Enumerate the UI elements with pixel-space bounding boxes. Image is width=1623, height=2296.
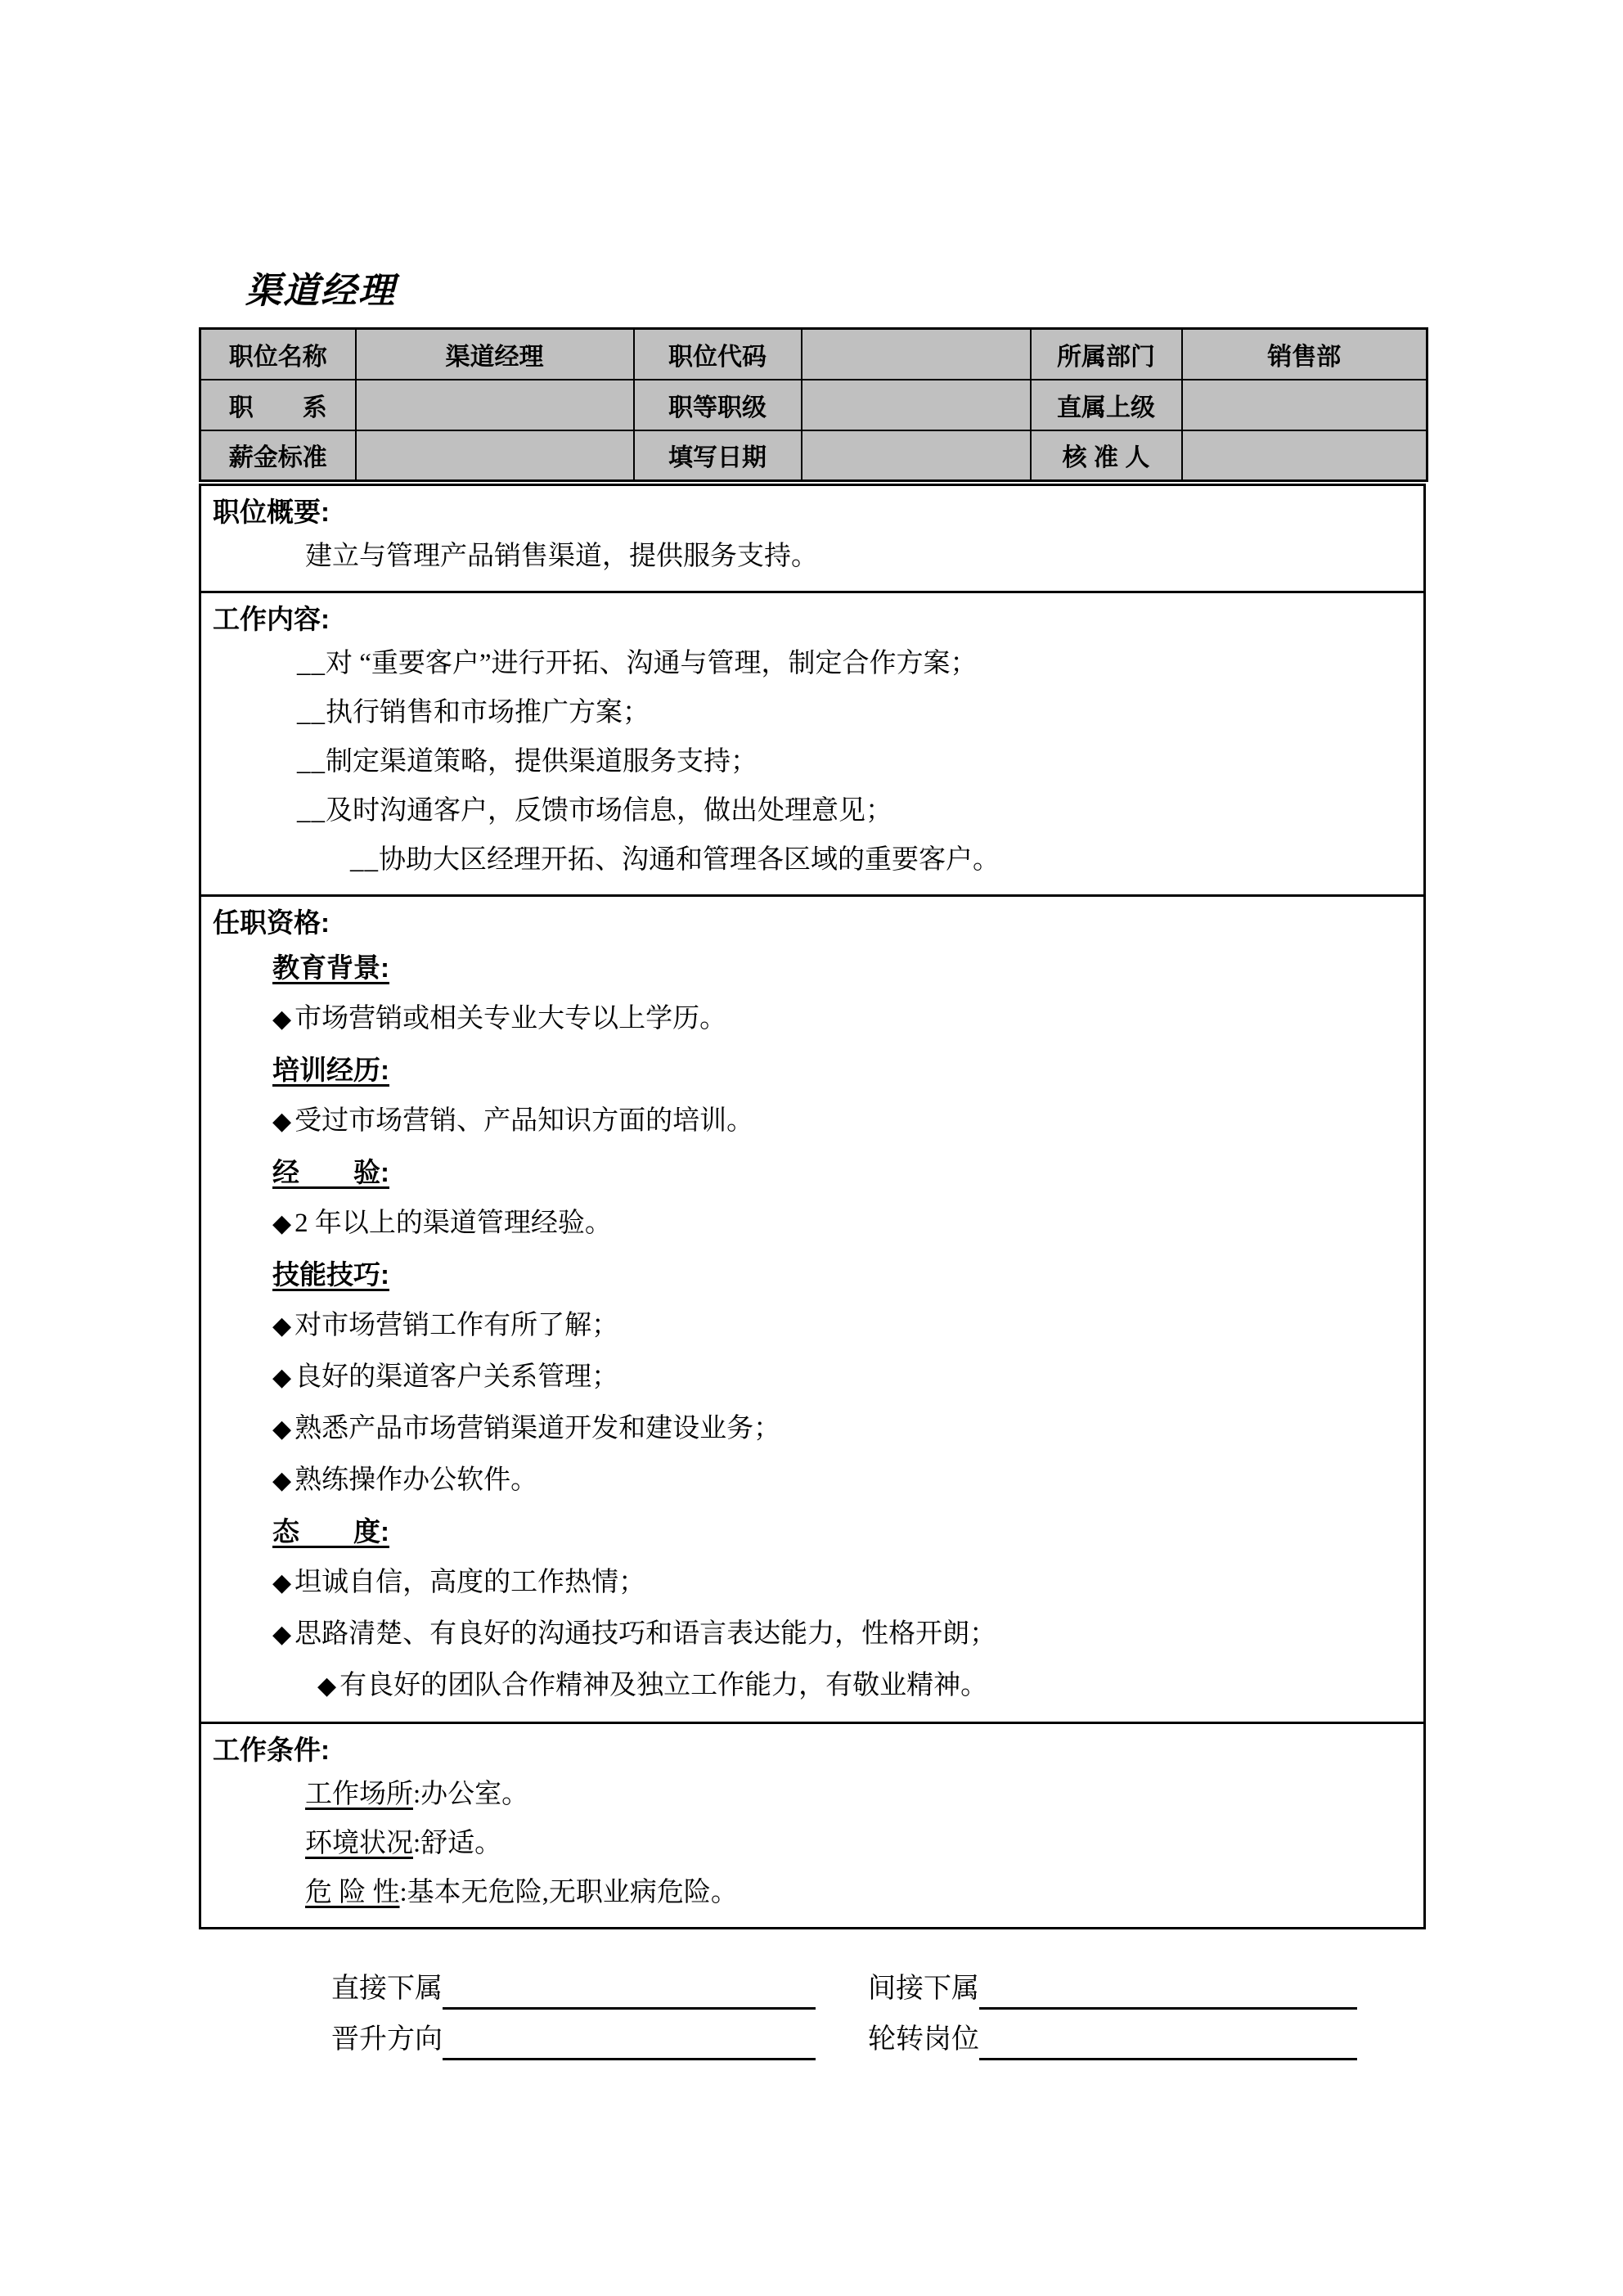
label-department: 所属部门 bbox=[1031, 329, 1182, 380]
qual-text: 思路清楚、有良好的沟通技巧和语言表达能力，性格开朗； bbox=[294, 1619, 996, 1649]
qual-item: ◆市场营销或相关专业大专以上学历。 bbox=[201, 993, 1423, 1045]
table-row: 职位名称 渠道经理 职位代码 所属部门 销售部 bbox=[200, 329, 1427, 380]
field-label: 直接下属 bbox=[331, 1969, 443, 2010]
main-box: 职位概要: 建立与管理产品销售渠道，提供服务支持。 工作内容: __对 “重要客… bbox=[199, 484, 1426, 1929]
qual-item: ◆思路清楚、有良好的沟通技巧和语言表达能力，性格开朗； bbox=[201, 1609, 1423, 1660]
duty-text: 协助大区经理开拓、沟通和管理各区域的重要客户。 bbox=[379, 845, 1000, 875]
qual-item: ◆有良好的团队合作精神及独立工作能力，有敬业精神。 bbox=[201, 1660, 1423, 1712]
condition-label: 环境状况 bbox=[305, 1829, 413, 1858]
diamond-bullet-icon: ◆ bbox=[272, 1404, 291, 1455]
label-approver: 核 准 人 bbox=[1031, 430, 1182, 481]
qual-text: 市场营销或相关专业大专以上学历。 bbox=[294, 1004, 726, 1033]
condition-text: 舒适。 bbox=[420, 1829, 501, 1858]
section-title: 任职资格: bbox=[201, 903, 1423, 943]
qual-item: ◆2 年以上的渠道管理经验。 bbox=[201, 1198, 1423, 1249]
value-job-family bbox=[356, 380, 634, 430]
section-title: 职位概要: bbox=[201, 493, 1423, 532]
qual-item: ◆受过市场营销、产品知识方面的培训。 bbox=[201, 1096, 1423, 1147]
section-summary: 职位概要: 建立与管理产品销售渠道，提供服务支持。 bbox=[201, 486, 1423, 593]
duty-text: 制定渠道策略，提供渠道服务支持； bbox=[326, 747, 758, 777]
value-job-grade bbox=[802, 380, 1031, 430]
condition-item: 危 险 性:基本无危险,无职业病危险。 bbox=[201, 1868, 1423, 1917]
section-title: 工作内容: bbox=[201, 600, 1423, 639]
duty-item: __及时沟通客户，反馈市场信息，做出处理意见； bbox=[201, 786, 1423, 835]
qual-text: 受过市场营销、产品知识方面的培训。 bbox=[294, 1106, 753, 1136]
table-row: 职 系 职等职级 直属上级 bbox=[200, 380, 1427, 430]
condition-label: 工作场所 bbox=[305, 1780, 413, 1809]
blank-prefix: __ bbox=[297, 747, 326, 777]
field-label: 轮转岗位 bbox=[868, 2019, 979, 2060]
blank-line bbox=[979, 2024, 1357, 2060]
table-row: 薪金标准 填写日期 核 准 人 bbox=[200, 430, 1427, 481]
condition-text: 办公室。 bbox=[420, 1780, 528, 1809]
value-approver bbox=[1182, 430, 1427, 481]
section-conditions: 工作条件: 工作场所:办公室。 环境状况:舒适。 危 险 性:基本无危险,无职业… bbox=[201, 1724, 1423, 1927]
diamond-bullet-icon: ◆ bbox=[272, 1199, 291, 1249]
value-fill-date bbox=[802, 430, 1031, 481]
blank-prefix: __ bbox=[297, 649, 326, 678]
condition-separator: : bbox=[413, 1829, 420, 1858]
field-promotion-direction: 晋升方向 bbox=[331, 2019, 868, 2060]
page-title: 渠道经理 bbox=[245, 270, 1426, 313]
condition-item: 环境状况:舒适。 bbox=[201, 1819, 1423, 1868]
label-job-code: 职位代码 bbox=[634, 329, 802, 380]
blank-line bbox=[443, 2024, 816, 2060]
duty-item: __对 “重要客户”进行开拓、沟通与管理，制定合作方案； bbox=[201, 639, 1423, 688]
qual-text: 熟悉产品市场营销渠道开发和建设业务； bbox=[294, 1414, 780, 1443]
diamond-bullet-icon: ◆ bbox=[272, 1301, 291, 1352]
duty-item: __制定渠道策略，提供渠道服务支持； bbox=[201, 737, 1423, 786]
qual-text: 有良好的团队合作精神及独立工作能力，有敬业精神。 bbox=[339, 1671, 987, 1700]
duty-text: 对 “重要客户”进行开拓、沟通与管理，制定合作方案； bbox=[326, 649, 978, 678]
label-job-grade: 职等职级 bbox=[634, 380, 802, 430]
condition-separator: : bbox=[400, 1878, 407, 1907]
document-page: 渠道经理 职位名称 渠道经理 职位代码 所属部门 销售部 职 系 职等职级 直属… bbox=[0, 0, 1623, 2296]
diamond-bullet-icon: ◆ bbox=[272, 1096, 291, 1147]
value-department: 销售部 bbox=[1182, 329, 1427, 380]
qual-heading-training: 培训经历: bbox=[201, 1045, 1423, 1096]
label-job-name: 职位名称 bbox=[200, 329, 356, 380]
field-label: 间接下属 bbox=[868, 1969, 979, 2010]
qual-heading-skills: 技能技巧: bbox=[201, 1249, 1423, 1300]
job-info-table: 职位名称 渠道经理 职位代码 所属部门 销售部 职 系 职等职级 直属上级 薪金… bbox=[199, 327, 1428, 482]
section-duties: 工作内容: __对 “重要客户”进行开拓、沟通与管理，制定合作方案； __执行销… bbox=[201, 593, 1423, 897]
qual-item: ◆对市场营销工作有所了解； bbox=[201, 1300, 1423, 1352]
value-job-code bbox=[802, 329, 1031, 380]
diamond-bullet-icon: ◆ bbox=[272, 1609, 291, 1660]
diamond-bullet-icon: ◆ bbox=[272, 1456, 291, 1506]
label-salary-standard: 薪金标准 bbox=[200, 430, 356, 481]
diamond-bullet-icon: ◆ bbox=[272, 1558, 291, 1609]
qual-item: ◆坦诚自信，高度的工作热情； bbox=[201, 1557, 1423, 1609]
blank-line bbox=[443, 1974, 816, 2010]
blank-line bbox=[979, 1974, 1357, 2010]
condition-item: 工作场所:办公室。 bbox=[201, 1770, 1423, 1819]
diamond-bullet-icon: ◆ bbox=[317, 1661, 336, 1712]
footer-row: 直接下属 间接下属 bbox=[331, 1959, 1426, 2010]
qual-text: 坦诚自信，高度的工作热情； bbox=[294, 1568, 645, 1597]
label-direct-superior: 直属上级 bbox=[1031, 380, 1182, 430]
blank-prefix: __ bbox=[297, 796, 326, 826]
duty-item: __执行销售和市场推广方案； bbox=[201, 688, 1423, 737]
qual-text: 良好的渠道客户关系管理； bbox=[294, 1362, 618, 1392]
duty-text: 执行销售和市场推广方案； bbox=[326, 698, 650, 727]
qual-item: ◆熟悉产品市场营销渠道开发和建设业务； bbox=[201, 1403, 1423, 1455]
field-rotation-position: 轮转岗位 bbox=[868, 2019, 1357, 2060]
duty-text: 及时沟通客户，反馈市场信息，做出处理意见； bbox=[326, 796, 892, 826]
footer-row: 晋升方向 轮转岗位 bbox=[331, 2010, 1426, 2060]
qual-text: 2 年以上的渠道管理经验。 bbox=[294, 1209, 612, 1238]
condition-label: 危 险 性 bbox=[305, 1878, 400, 1907]
label-job-family: 职 系 bbox=[200, 380, 356, 430]
qual-heading-attitude: 态 度: bbox=[201, 1506, 1423, 1557]
field-indirect-subordinates: 间接下属 bbox=[868, 1969, 1357, 2010]
diamond-bullet-icon: ◆ bbox=[272, 1353, 291, 1403]
value-salary-standard bbox=[356, 430, 634, 481]
condition-text: 基本无危险,无职业病危险。 bbox=[407, 1878, 738, 1907]
blank-prefix: __ bbox=[350, 845, 379, 875]
field-label: 晋升方向 bbox=[331, 2019, 443, 2060]
qual-item: ◆熟练操作办公软件。 bbox=[201, 1455, 1423, 1506]
diamond-bullet-icon: ◆ bbox=[272, 994, 291, 1045]
qual-text: 熟练操作办公软件。 bbox=[294, 1465, 537, 1495]
condition-separator: : bbox=[413, 1780, 420, 1809]
footer-fields: 直接下属 间接下属 晋升方向 轮转岗位 bbox=[199, 1959, 1426, 2060]
section-qualifications: 任职资格: 教育背景: ◆市场营销或相关专业大专以上学历。 培训经历: ◆受过市… bbox=[201, 897, 1423, 1724]
field-direct-subordinates: 直接下属 bbox=[331, 1969, 868, 2010]
document-content: 渠道经理 职位名称 渠道经理 职位代码 所属部门 销售部 职 系 职等职级 直属… bbox=[199, 270, 1426, 2060]
value-job-name: 渠道经理 bbox=[356, 329, 634, 380]
qual-heading-education: 教育背景: bbox=[201, 943, 1423, 993]
qual-item: ◆良好的渠道客户关系管理； bbox=[201, 1352, 1423, 1403]
label-fill-date: 填写日期 bbox=[634, 430, 802, 481]
blank-prefix: __ bbox=[297, 698, 326, 727]
value-direct-superior bbox=[1182, 380, 1427, 430]
qual-heading-experience: 经 验: bbox=[201, 1147, 1423, 1198]
section-title: 工作条件: bbox=[201, 1731, 1423, 1770]
duty-item: __协助大区经理开拓、沟通和管理各区域的重要客户。 bbox=[201, 835, 1423, 885]
qual-text: 对市场营销工作有所了解； bbox=[294, 1311, 618, 1340]
summary-body: 建立与管理产品销售渠道，提供服务支持。 bbox=[201, 532, 1423, 581]
